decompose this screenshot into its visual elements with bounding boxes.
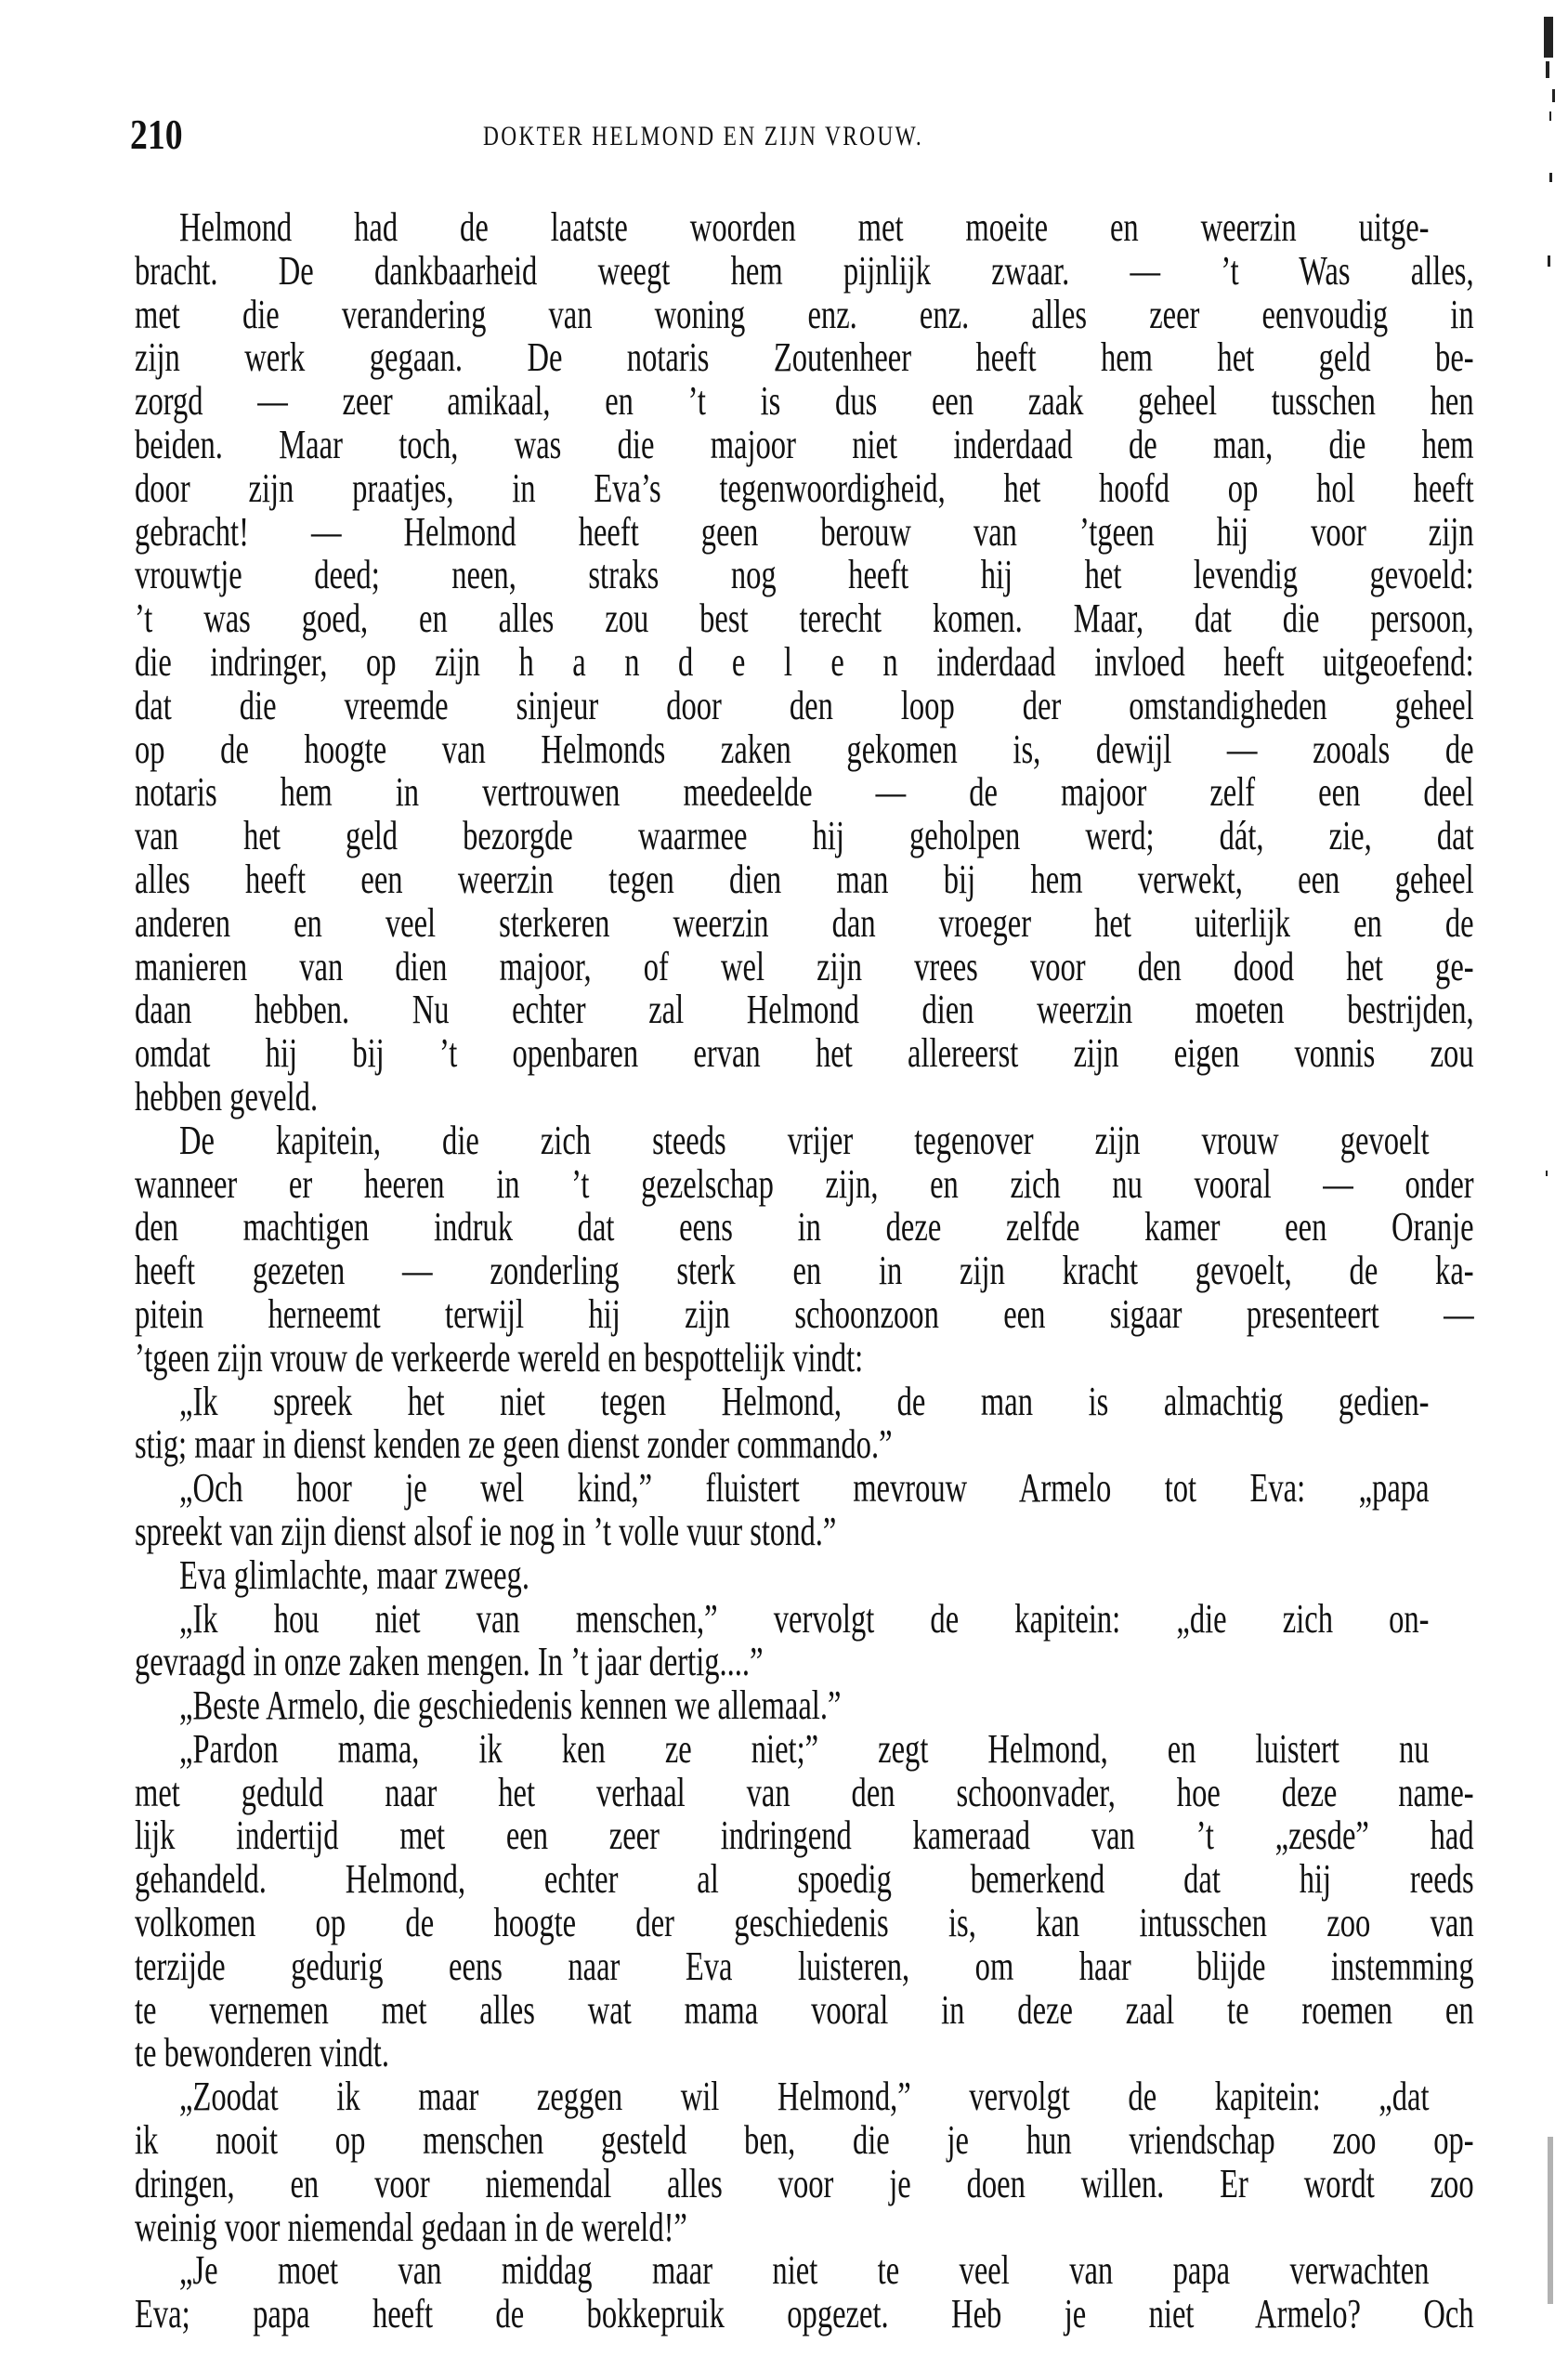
text-line-content: door zijn praatjes, in Eva’s tegenwoordi… <box>135 467 1474 511</box>
text-line: Eva glimlachte, maar zweeg. <box>135 1554 1474 1598</box>
text-line: met die verandering van woning enz. enz.… <box>135 294 1474 337</box>
text-line: gevraagd in onze zaken mengen. In ’t jaa… <box>135 1641 1474 1684</box>
text-line: die indringer, op zijn h a n d e l e n i… <box>135 641 1474 685</box>
text-line: hebben geveld. <box>135 1076 1474 1119</box>
text-line-content: alles heeft een weerzin tegen dien man b… <box>135 858 1474 902</box>
text-line: dat die vreemde sinjeur door den loop de… <box>135 685 1474 728</box>
text-line-content: met geduld naar het verhaal van den scho… <box>135 1772 1474 1815</box>
text-line: alles heeft een weerzin tegen dien man b… <box>135 858 1474 902</box>
text-line: omdat hij bij ’t openbaren ervan het all… <box>135 1032 1474 1076</box>
text-line-content: wanneer er heeren in ’t gezelschap zijn,… <box>135 1163 1474 1207</box>
text-line-content: manieren van dien majoor, of wel zijn vr… <box>135 946 1474 989</box>
text-line: spreekt van zijn dienst alsof ie nog in … <box>135 1511 1474 1554</box>
text-line: daan hebben. Nu echter zal Helmond dien … <box>135 988 1474 1032</box>
text-line-content: „Zoodat ik maar zeggen wil Helmond,” ver… <box>179 2075 1430 2119</box>
text-line-content: „Och hoor je wel kind,” fluistert mevrou… <box>179 1467 1430 1511</box>
text-line-content: te vernemen met alles wat mama vooral in… <box>135 1989 1474 2033</box>
text-line-content: daan hebben. Nu echter zal Helmond dien … <box>135 988 1474 1032</box>
text-line-content: omdat hij bij ’t openbaren ervan het all… <box>135 1032 1474 1076</box>
text-line-content: „Pardon mama, ik ken ze niet;” zegt Helm… <box>179 1728 1430 1772</box>
text-line: zijn werk gegaan. De notaris Zoutenheer … <box>135 336 1474 380</box>
text-line-content: op de hoogte van Helmonds zaken gekomen … <box>135 728 1474 772</box>
text-line: te vernemen met alles wat mama vooral in… <box>135 1989 1474 2033</box>
text-line-content: hebben geveld. <box>135 1076 1474 1119</box>
page-header: 210 DOKTER HELMOND EN ZIJN VROUW. <box>130 110 1477 165</box>
text-line: te bewonderen vindt. <box>135 2032 1474 2075</box>
text-line: den machtigen indruk dat eens in deze ze… <box>135 1206 1474 1250</box>
scan-edge-artifact <box>1522 0 1559 2356</box>
text-line-content: met die verandering van woning enz. enz.… <box>135 294 1474 337</box>
text-line-content: „Je moet van middag maar niet te veel va… <box>179 2249 1430 2293</box>
text-line: notaris hem in vertrouwen meedeelde — de… <box>135 771 1474 815</box>
text-line: Helmond had de laatste woorden met moeit… <box>135 206 1474 250</box>
running-head: DOKTER HELMOND EN ZIJN VROUW. <box>483 121 923 152</box>
text-line-content: gebracht! — Helmond heeft geen berouw va… <box>135 511 1474 555</box>
text-line: dringen, en voor niemendal alles voor je… <box>135 2163 1474 2206</box>
text-line: „Och hoor je wel kind,” fluistert mevrou… <box>135 1467 1474 1511</box>
text-line: ’tgeen zijn vrouw de verkeerde wereld en… <box>135 1337 1474 1381</box>
text-line-content: van het geld bezorgde waarmee hij geholp… <box>135 815 1474 858</box>
text-line: heeft gezeten — zonderling sterk en in z… <box>135 1250 1474 1293</box>
text-line: zorgd — zeer amikaal, en ’t is dus een z… <box>135 380 1474 424</box>
text-line: op de hoogte van Helmonds zaken gekomen … <box>135 728 1474 772</box>
text-line: gebracht! — Helmond heeft geen berouw va… <box>135 511 1474 555</box>
text-line-content: notaris hem in vertrouwen meedeelde — de… <box>135 771 1474 815</box>
text-line-content: terzijde gedurig eens naar Eva luisteren… <box>135 1945 1474 1989</box>
text-line-content: bracht. De dankbaarheid weegt hem pijnli… <box>135 250 1474 294</box>
text-line-content: Eva; papa heeft de bokkepruik opgezet. H… <box>135 2293 1474 2336</box>
text-line-content: ’tgeen zijn vrouw de verkeerde wereld en… <box>135 1337 1474 1381</box>
text-line: beiden. Maar toch, was die majoor niet i… <box>135 424 1474 467</box>
text-line: stig; maar in dienst kenden ze geen dien… <box>135 1423 1474 1467</box>
text-line: „Ik hou niet van menschen,” vervolgt de … <box>135 1598 1474 1642</box>
text-line-content: beiden. Maar toch, was die majoor niet i… <box>135 424 1474 467</box>
text-line: „Pardon mama, ik ken ze niet;” zegt Helm… <box>135 1728 1474 1772</box>
text-line-content: pitein herneemt terwijl hij zijn schoonz… <box>135 1293 1474 1337</box>
text-line-content: die indringer, op zijn h a n d e l e n i… <box>135 641 1474 685</box>
page-number: 210 <box>130 110 183 159</box>
text-line: weinig voor niemendal gedaan in de werel… <box>135 2206 1474 2250</box>
text-line-content: vrouwtje deed; neen, straks nog heeft hi… <box>135 554 1474 597</box>
text-line: manieren van dien majoor, of wel zijn vr… <box>135 946 1474 989</box>
text-line-content: volkomen op de hoogte der geschiedenis i… <box>135 1902 1474 1945</box>
text-line: ’t was goed, en alles zou best terecht k… <box>135 597 1474 641</box>
text-line-content: heeft gezeten — zonderling sterk en in z… <box>135 1250 1474 1293</box>
text-line: volkomen op de hoogte der geschiedenis i… <box>135 1902 1474 1945</box>
text-line: met geduld naar het verhaal van den scho… <box>135 1772 1474 1815</box>
body-text: Helmond had de laatste woorden met moeit… <box>135 206 1474 2336</box>
text-line-content: den machtigen indruk dat eens in deze ze… <box>135 1206 1474 1250</box>
text-line: „Ik spreek het niet tegen Helmond, de ma… <box>135 1381 1474 1424</box>
text-line: wanneer er heeren in ’t gezelschap zijn,… <box>135 1163 1474 1207</box>
text-line-content: Helmond had de laatste woorden met moeit… <box>179 206 1430 250</box>
text-line-content: gehandeld. Helmond, echter al spoedig be… <box>135 1858 1474 1902</box>
text-line-content: zijn werk gegaan. De notaris Zoutenheer … <box>135 336 1474 380</box>
text-line-content: dringen, en voor niemendal alles voor je… <box>135 2163 1474 2206</box>
text-line-content: zorgd — zeer amikaal, en ’t is dus een z… <box>135 380 1474 424</box>
text-line: door zijn praatjes, in Eva’s tegenwoordi… <box>135 467 1474 511</box>
text-line: Eva; papa heeft de bokkepruik opgezet. H… <box>135 2293 1474 2336</box>
text-line-content: ’t was goed, en alles zou best terecht k… <box>135 597 1474 641</box>
text-line-content: stig; maar in dienst kenden ze geen dien… <box>135 1423 1474 1467</box>
text-line-content: lijk indertijd met een zeer indringend k… <box>135 1814 1474 1858</box>
text-line: van het geld bezorgde waarmee hij geholp… <box>135 815 1474 858</box>
text-line: „Zoodat ik maar zeggen wil Helmond,” ver… <box>135 2075 1474 2119</box>
text-line: vrouwtje deed; neen, straks nog heeft hi… <box>135 554 1474 597</box>
text-line: gehandeld. Helmond, echter al spoedig be… <box>135 1858 1474 1902</box>
text-line: lijk indertijd met een zeer indringend k… <box>135 1814 1474 1858</box>
text-line-content: Eva glimlachte, maar zweeg. <box>179 1554 1430 1598</box>
text-line: „Beste Armelo, die geschiedenis kennen w… <box>135 1684 1474 1728</box>
text-line-content: spreekt van zijn dienst alsof ie nog in … <box>135 1511 1474 1554</box>
text-line-content: „Ik spreek het niet tegen Helmond, de ma… <box>179 1381 1430 1424</box>
text-line: ik nooit op menschen gesteld ben, die je… <box>135 2119 1474 2163</box>
text-line: bracht. De dankbaarheid weegt hem pijnli… <box>135 250 1474 294</box>
book-page: 210 DOKTER HELMOND EN ZIJN VROUW. Helmon… <box>0 0 1568 2356</box>
text-line-content: weinig voor niemendal gedaan in de werel… <box>135 2206 1474 2250</box>
text-line-content: De kapitein, die zich steeds vrijer tege… <box>179 1119 1430 1163</box>
text-line: anderen en veel sterkeren weerzin dan vr… <box>135 902 1474 946</box>
text-line-content: „Ik hou niet van menschen,” vervolgt de … <box>179 1598 1430 1642</box>
text-line-content: gevraagd in onze zaken mengen. In ’t jaa… <box>135 1641 1474 1684</box>
text-line-content: dat die vreemde sinjeur door den loop de… <box>135 685 1474 728</box>
text-line-content: ik nooit op menschen gesteld ben, die je… <box>135 2119 1474 2163</box>
text-line: terzijde gedurig eens naar Eva luisteren… <box>135 1945 1474 1989</box>
text-line: „Je moet van middag maar niet te veel va… <box>135 2249 1474 2293</box>
text-line: pitein herneemt terwijl hij zijn schoonz… <box>135 1293 1474 1337</box>
text-line-content: anderen en veel sterkeren weerzin dan vr… <box>135 902 1474 946</box>
text-line-content: „Beste Armelo, die geschiedenis kennen w… <box>179 1684 1430 1728</box>
text-line-content: te bewonderen vindt. <box>135 2032 1474 2075</box>
text-line: De kapitein, die zich steeds vrijer tege… <box>135 1119 1474 1163</box>
